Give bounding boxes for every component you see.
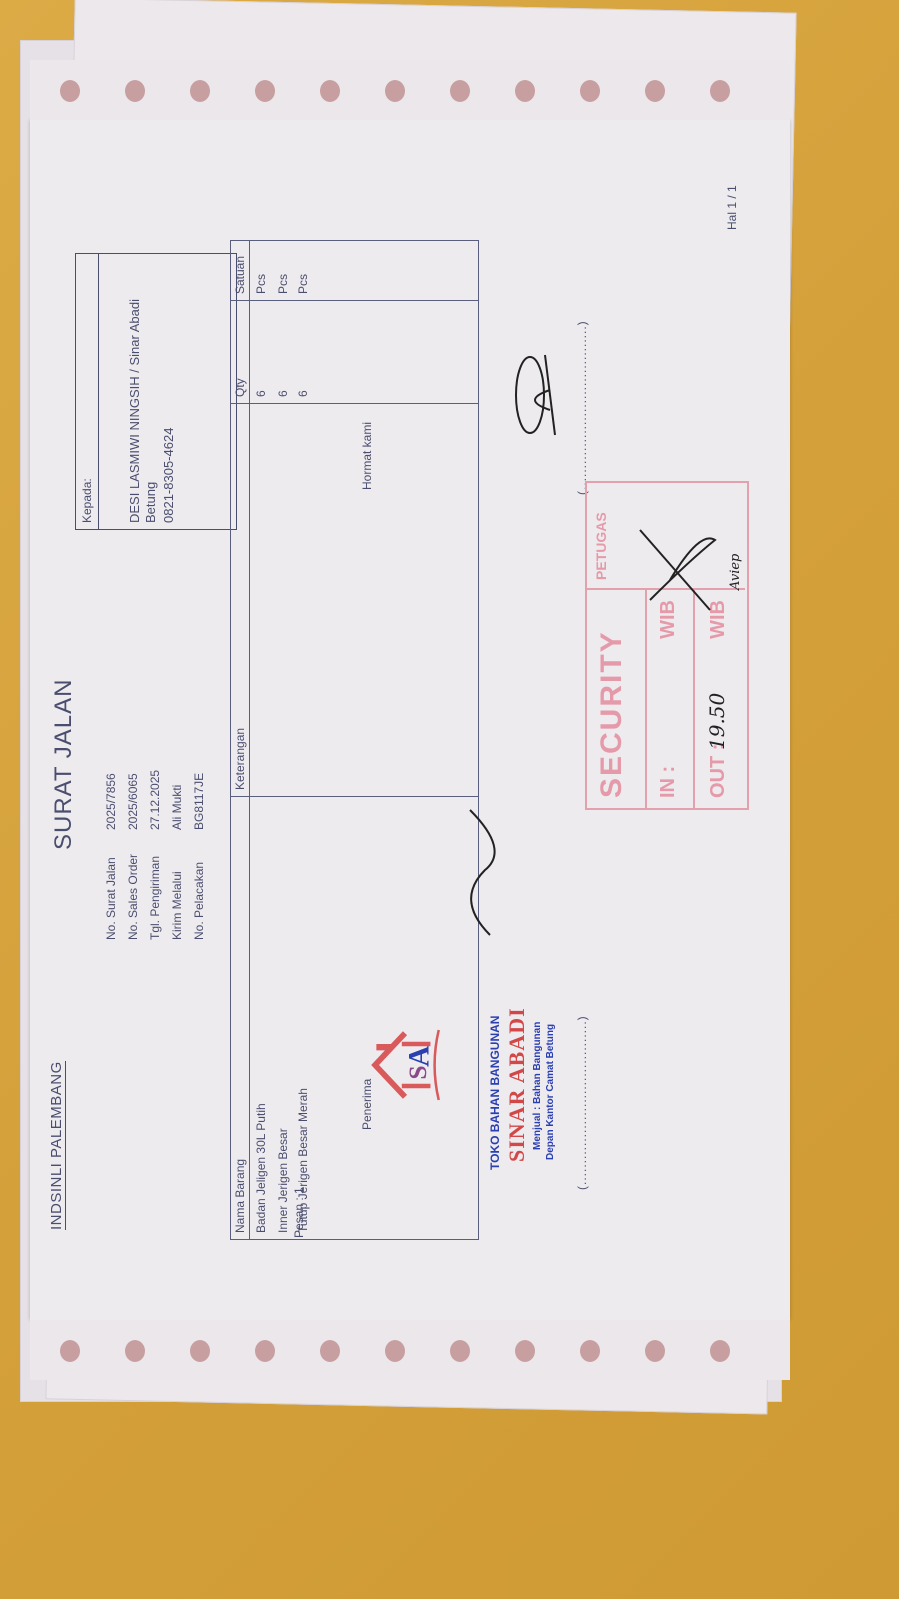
feed-hole [515,80,535,102]
feed-hole [320,1340,340,1362]
table-row: Badan Jeligen 30L Putih6Pcs [250,241,273,1240]
feed-hole [125,80,145,102]
document-content: INDSINLI PALEMBANG SURAT JALAN No. Surat… [30,120,790,1320]
feed-hole [320,80,340,102]
meta-row: No. PelacakanBG8117JE [188,770,210,940]
company-header: INDSINLI PALEMBANG [48,1061,66,1230]
handwritten-out-time: 19.50 [705,693,729,750]
logo-line-3: Menjual : Bahan Bangunan [532,1022,543,1150]
feed-hole [190,80,210,102]
feed-hole [255,80,275,102]
recipient-box: Kepada: DESI LASMIWI NINGSIH / Sinar Aba… [75,253,237,530]
receiver-signature-icon [450,800,520,940]
meta-row: Kirim MelaluiAli Mukti [166,770,188,940]
receiver-signature-line: (......................................) [575,1015,589,1190]
sender-label: Hormat kami [360,422,374,490]
document-meta: No. Surat Jalan2025/7856 No. Sales Order… [100,770,210,940]
col-header: Qty [231,301,250,404]
col-header: Keterangan [231,404,250,797]
handwritten-officer-name: Aviep [728,554,743,590]
col-header: Nama Barang [231,797,250,1240]
recipient-label: Kepada: [80,478,94,523]
recipient-name: DESI LASMIWI NINGSIH / Sinar Abadi Betun… [127,263,159,523]
logo-store-name: SINAR ABADI [504,1007,530,1162]
document-title: SURAT JALAN [50,679,78,851]
delivery-note-sheet: INDSINLI PALEMBANG SURAT JALAN No. Surat… [30,120,790,1320]
officer-signature-icon [630,510,720,620]
feed-hole [450,1340,470,1362]
meta-row: No. Surat Jalan2025/7856 [100,770,122,940]
feed-hole [645,1340,665,1362]
feed-hole [190,1340,210,1362]
page-number: Hal 1 / 1 [725,185,739,230]
tractor-feed-strip-bottom [30,1320,790,1380]
feed-hole [515,1340,535,1362]
in-row: IN :WIB [647,588,695,808]
tractor-feed-strip-top [30,60,790,120]
meta-row: No. Sales Order2025/6065 [122,770,144,940]
meta-row: Tgl. Pengiriman27.12.2025 [144,770,166,940]
col-header: Satuan [231,241,250,301]
store-stamp-logo: S A TOKO BAHAN BANGUNAN SINAR ABADI Menj… [370,950,570,1170]
feed-hole [710,1340,730,1362]
officer-label: PETUGAS [593,512,609,580]
feed-hole [710,80,730,102]
feed-hole [580,80,600,102]
feed-hole [645,80,665,102]
svg-text:S: S [403,1065,432,1079]
logo-line-1: TOKO BAHAN BANGUNAN [488,1016,502,1170]
feed-hole [255,1340,275,1362]
feed-hole [450,80,470,102]
table-row: Inner Jerigen Besar6Pcs [272,241,294,1240]
feed-hole [580,1340,600,1362]
message-note: Pesan : 1 [292,1187,306,1238]
logo-line-4: Depan Kantor Camat Betung [545,1024,556,1160]
recipient-phone: 0821-8305-4624 [161,428,176,523]
sender-signature-icon [490,350,580,440]
feed-hole [125,1340,145,1362]
feed-hole [60,1340,80,1362]
feed-hole [385,1340,405,1362]
svg-text:A: A [404,1046,436,1067]
feed-hole [385,80,405,102]
house-logo-icon: S A [370,1010,440,1120]
security-title: SECURITY [587,588,647,808]
feed-hole [60,80,80,102]
